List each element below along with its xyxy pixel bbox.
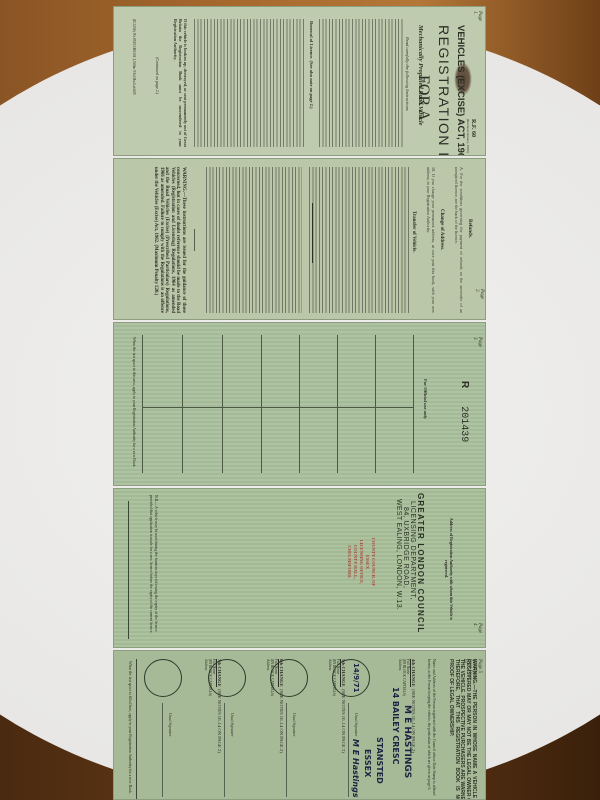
form-code: R.F. 60 — [470, 119, 476, 153]
official-use-wrap: For Official use only — [423, 379, 428, 419]
page-3-label: Page 3. — [472, 337, 482, 347]
page-3: Page 3. R 201439 For Official use only W… — [113, 322, 486, 486]
change-4-full-name-label: Full Name — [406, 659, 410, 674]
change-4-signature-label: Usual Signature — [354, 713, 358, 736]
continued-wrap: (Continued on page 2.) — [155, 57, 160, 94]
warning-wrap: WARNING.—These instructions are issued f… — [152, 167, 186, 313]
revised-date: (Revised January, 1965) — [466, 119, 470, 153]
serial-prefix: R — [459, 381, 470, 388]
change-5-label: 5th CHANGE — [340, 659, 346, 687]
instruction-text-block-2 — [194, 19, 306, 147]
trade-licence-text-block — [206, 167, 302, 313]
change-address-heading-wrap: Change of Address. — [439, 209, 444, 250]
change-6-block-caps: (IN BLOCK CAPITALS) — [270, 659, 274, 696]
serial-number: 201439 — [458, 406, 469, 442]
change-5-block-caps: (IN BLOCK CAPITALS) — [332, 659, 336, 696]
rule-line — [224, 703, 225, 797]
change-7-header: 7th CHANGE (SEE NOTES 10–14 ON PAGE 2) — [217, 659, 222, 753]
nb-note-wrap: N.B.—A vehicle may be used during the fo… — [148, 495, 158, 645]
printer-code: (B.3256) Wt.85153/R0301 2,500m 9/64 Hw.L… — [132, 19, 136, 95]
change-6-label: 6th CHANGE — [278, 659, 284, 687]
title-block: VEHICLES (EXCISE) ACT, 1962 — [455, 25, 466, 156]
grid-line — [413, 335, 414, 473]
divider — [194, 229, 195, 251]
change-6-note: (SEE NOTES 10–14 ON PAGE 2) — [279, 689, 284, 753]
change-4-address-line-1: 14 BAILEY CRESC — [391, 687, 400, 764]
change-4-name-value: M E HASTINGS — [402, 705, 412, 778]
change-6-signature-label: Usual Signature — [230, 713, 234, 736]
authority-line-3: 84, UXBRIDGE ROAD, — [402, 493, 409, 633]
grid-line — [375, 335, 376, 473]
grid-line — [142, 407, 414, 408]
change-6-header: 6th CHANGE (SEE NOTES 10–14 ON PAGE 2) — [279, 659, 284, 753]
change-6-full-name-label: Full Name — [274, 659, 278, 696]
address-heading: Address of Registration Authority with w… — [444, 509, 454, 629]
change-6-signature-label-wrap: Usual Signature — [230, 713, 234, 736]
change-7-label: 7th CHANGE — [216, 659, 222, 687]
rule-line — [286, 703, 287, 797]
page-5-footer-wrap: When the last space is filled here, appl… — [127, 661, 132, 800]
grid-line — [299, 335, 300, 473]
change-4-signature-value: M E Hastings — [351, 739, 360, 798]
surrender-note: If this vehicle is broken up, destroyed,… — [173, 19, 188, 147]
renewal-heading: Renewal of Licence. — [309, 21, 314, 59]
change-5-full-name-label: Full Name — [336, 659, 340, 696]
intro-wrap: Read carefully the following Instruction… — [405, 37, 410, 111]
grid-line — [222, 335, 223, 473]
grid-line — [142, 335, 143, 473]
renewal-heading-wrap: Renewal of Licence. (See also note on pa… — [309, 21, 314, 109]
authority-address: GREATER LONDON COUNCIL LICENSING DEPARTM… — [395, 493, 425, 633]
page-2: Page 2. Refunds. A. For the conditions g… — [113, 158, 486, 320]
change-4-block-caps: (IN BLOCK CAPITALS) — [402, 659, 406, 696]
change-4-address-line-2: STANSTED — [375, 737, 384, 784]
serial-wrap: R 201439 — [458, 381, 470, 442]
page-3-footer: When the last space in this area, apply … — [131, 337, 136, 477]
rule-line — [348, 703, 349, 797]
date-stamp-circle — [144, 659, 182, 697]
printer-wrap: (B.3256) Wt.85153/R0301 2,500m 9/64 Hw.L… — [132, 19, 136, 95]
change-7-block-caps: (IN BLOCK CAPITALS) — [208, 659, 212, 696]
refunds-heading-wrap: Refunds. — [467, 219, 472, 238]
authority-line-4: WEST EALING, LONDON, W.13. — [395, 493, 402, 633]
change-5-signature-label: Usual Signature — [292, 713, 296, 736]
refunds-text: A. For the conditions governing the paym… — [454, 167, 464, 313]
registration-book: Page 1. R.F. 60 (Revised January, 1965) … — [113, 6, 486, 800]
essex-stamp: COUNTY COUNCIL OF ESSEX LICENSING OFFICE… — [346, 537, 376, 587]
act-title: VEHICLES (EXCISE) ACT, 1962 — [455, 25, 466, 156]
warning-text: WARNING.—These instructions are issued f… — [152, 167, 186, 313]
nb-note: N.B.—A vehicle may be used during the fo… — [148, 495, 158, 645]
vehicle-type: Mechanically Propelled Road Vehicle — [417, 25, 424, 126]
page-1: Page 1. R.F. 60 (Revised January, 1965) … — [113, 6, 486, 156]
transfer-heading: Transfer of Vehicle. — [411, 211, 416, 253]
page-2-label: Page 2. — [474, 289, 484, 299]
change-7-signature-label: Usual Signature — [168, 713, 172, 736]
instructions-intro: Read carefully the following Instruction… — [405, 37, 410, 111]
transfer-text-block — [309, 167, 409, 313]
page-4: Page 4. Address of Registration Authorit… — [113, 488, 486, 648]
official-use-label: For Official use only — [423, 379, 428, 419]
form-code-block: R.F. 60 (Revised January, 1965) — [466, 119, 476, 153]
page-5: Page 5 (continued from Page 6). WARNING.… — [113, 650, 486, 800]
change-4-address-label: Address — [398, 659, 402, 670]
page-5-footer: When the last space is filled here, appl… — [127, 661, 132, 800]
change-7-labels: Full Name (IN BLOCK CAPITALS) Address — [204, 659, 216, 696]
change-6-labels: Full Name (IN BLOCK CAPITALS) Address — [266, 659, 278, 696]
change-7-signature-label-wrap: Usual Signature — [168, 713, 172, 736]
renewal-note: (See also note on page 2.) — [309, 61, 314, 109]
ownership-warning-wrap: WARNING.—THE PERSON IN WHOSE NAME A VEHI… — [447, 659, 476, 800]
book-title: REGISTRATION BOOK — [436, 25, 452, 156]
rule-line — [128, 501, 129, 639]
change-address-text: 10. If you change your permanent address… — [426, 167, 436, 313]
change-5-labels: Full Name (IN BLOCK CAPITALS) Address — [328, 659, 340, 696]
vehicle-type-wrap: Mechanically Propelled Road Vehicle — [417, 25, 424, 126]
change-5-note: (SEE NOTES 10–14 ON PAGE 2) — [341, 689, 346, 753]
ownership-warning: WARNING.—THE PERSON IN WHOSE NAME A VEHI… — [447, 659, 476, 800]
authority-line-2: LICENSING DEPARTMENT, — [409, 493, 416, 633]
change-5-signature-label-wrap: Usual Signature — [292, 713, 296, 736]
transfer-heading-wrap: Transfer of Vehicle. — [411, 211, 416, 253]
grid-line — [337, 335, 338, 473]
change-7-full-name-label: Full Name — [212, 659, 216, 696]
change-4-signature-label-wrap: Usual Signature — [354, 713, 358, 736]
instruction-text-block-1 — [319, 19, 405, 147]
page-4-label: Page 4. — [472, 623, 482, 633]
page-5-intro-wrap: Name and Address of the Person registere… — [427, 659, 436, 800]
rule-line — [162, 703, 163, 797]
continued-note: (Continued on page 2.) — [155, 57, 160, 94]
grid-line — [261, 335, 262, 473]
stamp-line-4: CHELMSFORD. — [346, 537, 352, 587]
change-address-heading: Change of Address. — [439, 209, 444, 250]
change-4-address-line-3: ESSEX — [363, 749, 372, 777]
page-1-label: Page 1. — [472, 11, 482, 21]
change-7-note: (SEE NOTES 10–14 ON PAGE 2) — [217, 689, 222, 753]
refunds-heading: Refunds. — [467, 219, 472, 238]
page-5-intro: Name and Address of the Person registere… — [427, 659, 436, 800]
change-4-label: 4th CHANGE — [410, 659, 416, 687]
grid-line — [182, 335, 183, 473]
bracket-line — [312, 203, 313, 263]
address-heading-wrap: Address of Registration Authority with w… — [444, 509, 454, 629]
stamp-line-2: LICENSING OFFICE, — [358, 537, 364, 587]
rule-line — [136, 659, 137, 799]
book-title-wrap: REGISTRATION BOOK — [436, 25, 452, 156]
change-5-header: 5th CHANGE (SEE NOTES 10–14 ON PAGE 2) — [341, 659, 346, 753]
stamp-line-1: COUNTY COUNCIL OF ESSEX — [364, 537, 376, 587]
authority-line-1: GREATER LONDON COUNCIL — [416, 493, 425, 633]
page-3-footer-wrap: When the last space in this area, apply … — [131, 337, 136, 477]
date-stamp-value: 14/9/71 — [352, 663, 360, 692]
